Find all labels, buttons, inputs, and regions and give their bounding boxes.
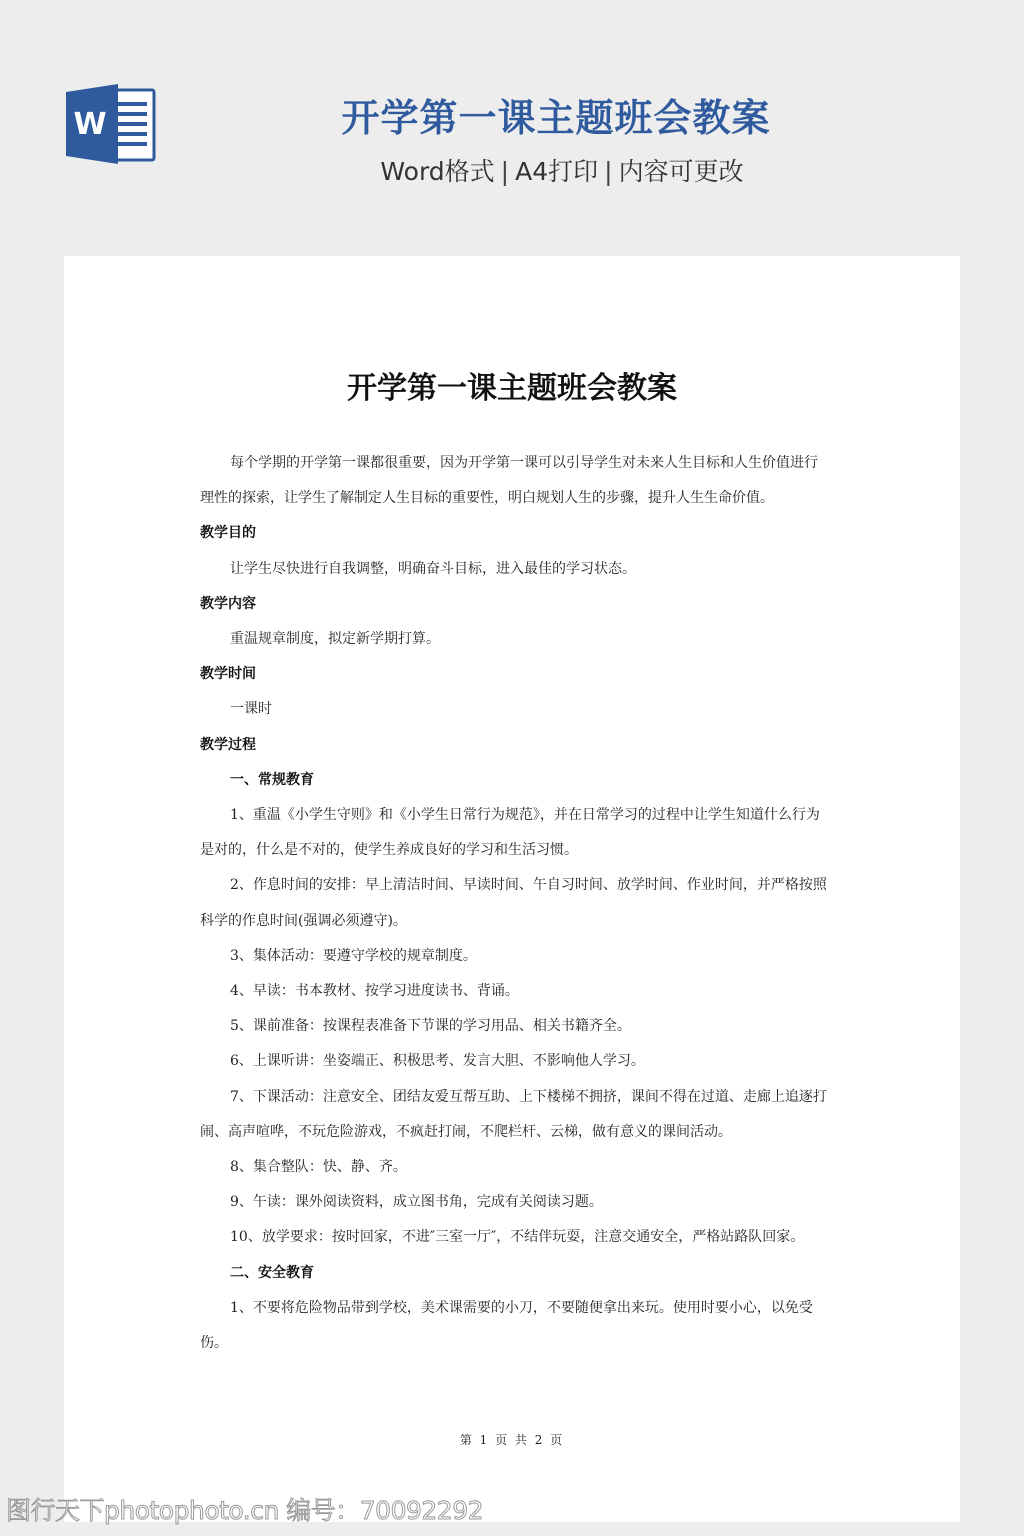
part1-heading: 一、常规教育 bbox=[200, 763, 830, 798]
watermark: 图行天下photophoto.cn 编号：70092292 bbox=[6, 1491, 483, 1527]
list-item: 2、作息时间的安排：早上清洁时间、早读时间、午自习时间、放学时间、作业时间，并严… bbox=[200, 868, 830, 938]
document-body: 每个学期的开学第一课都很重要，因为开学第一课可以引导学生对未来人生目标和人生价值… bbox=[200, 446, 830, 1361]
format-label: Word格式 bbox=[380, 157, 494, 186]
section-text-content: 重温规章制度，拟定新学期打算。 bbox=[200, 622, 830, 657]
banner-subtitle: Word格式|A4打印|内容可更改 bbox=[0, 154, 1024, 190]
section-text-time: 一课时 bbox=[200, 692, 830, 727]
print-label: A4打印 bbox=[515, 157, 598, 186]
list-item: 8、集合整队：快、静、齐。 bbox=[200, 1150, 830, 1185]
separator: | bbox=[501, 157, 509, 186]
list-item: 4、早读：书本教材、按学习进度读书、背诵。 bbox=[200, 974, 830, 1009]
list-item: 3、集体活动：要遵守学校的规章制度。 bbox=[200, 939, 830, 974]
section-text-purpose: 让学生尽快进行自我调整，明确奋斗目标，进入最佳的学习状态。 bbox=[200, 552, 830, 587]
list-item: 5、课前准备：按课程表准备下节课的学习用品、相关书籍齐全。 bbox=[200, 1009, 830, 1044]
list-item: 1、重温《小学生守则》和《小学生日常行为规范》，并在日常学习的过程中让学生知道什… bbox=[200, 798, 830, 868]
section-heading-time: 教学时间 bbox=[200, 657, 830, 692]
list-item: 9、午读：课外阅读资料，成立图书角，完成有关阅读习题。 bbox=[200, 1185, 830, 1220]
document-title: 开学第一课主题班会教案 bbox=[64, 367, 960, 411]
part2-heading: 二、安全教育 bbox=[200, 1256, 830, 1291]
intro-paragraph: 每个学期的开学第一课都很重要，因为开学第一课可以引导学生对未来人生目标和人生价值… bbox=[200, 446, 830, 516]
page-number: 第 1 页 共 2 页 bbox=[64, 1431, 960, 1448]
list-item: 6、上课听讲：坐姿端正、积极思考、发言大胆、不影响他人学习。 bbox=[200, 1044, 830, 1079]
list-item: 10、放学要求：按时回家，不进″三室一厅″，不结伴玩耍，注意交通安全，严格站路队… bbox=[200, 1220, 830, 1255]
section-heading-process: 教学过程 bbox=[200, 728, 830, 763]
list-item: 1、不要将危险物品带到学校，美术课需要的小刀，不要随便拿出来玩。使用时要小心，以… bbox=[200, 1291, 830, 1361]
banner-title: 开学第一课主题班会教案 bbox=[0, 92, 1024, 144]
section-heading-purpose: 教学目的 bbox=[200, 516, 830, 551]
editable-label: 内容可更改 bbox=[619, 157, 744, 186]
document-page: 开学第一课主题班会教案 每个学期的开学第一课都很重要，因为开学第一课可以引导学生… bbox=[64, 256, 960, 1522]
separator: | bbox=[604, 157, 612, 186]
section-heading-content: 教学内容 bbox=[200, 587, 830, 622]
list-item: 7、下课活动：注意安全、团结友爱互帮互助、上下楼梯不拥挤，课间不得在过道、走廊上… bbox=[200, 1080, 830, 1150]
